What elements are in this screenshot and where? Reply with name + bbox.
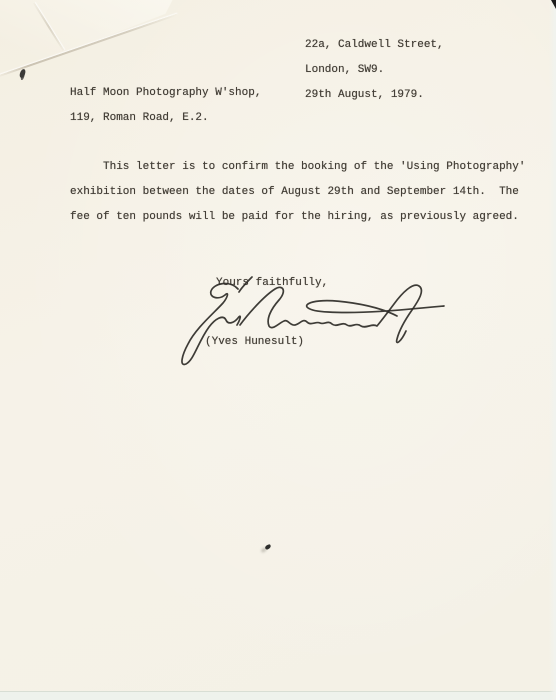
handwritten-signature [176,276,456,376]
ink-speck [264,544,271,550]
body-line: fee of ten pounds will be paid for the h… [70,205,540,230]
scanned-letter-page: 22a, Caldwell Street, London, SW9. 29th … [0,0,556,700]
body-line: exhibition between the dates of August 2… [70,180,540,205]
recipient-address-block: Half Moon Photography W'shop, 119, Roman… [70,81,261,131]
body-line: This letter is to confirm the booking of… [70,155,540,180]
letter-date: 29th August, 1979. [305,83,444,108]
letter-body: This letter is to confirm the booking of… [70,155,540,230]
typed-signature-name: (Yves Hunesult) [205,330,304,355]
sender-address-block: 22a, Caldwell Street, London, SW9. 29th … [305,33,444,108]
scan-edge-right [549,0,556,700]
sender-address-line: 22a, Caldwell Street, [305,33,444,58]
ink-speck [19,69,26,79]
recipient-address-line: Half Moon Photography W'shop, [70,81,261,106]
recipient-address-line: 119, Roman Road, E.2. [70,106,261,131]
scan-background-bottom [0,691,556,700]
sender-address-line: London, SW9. [305,58,444,83]
